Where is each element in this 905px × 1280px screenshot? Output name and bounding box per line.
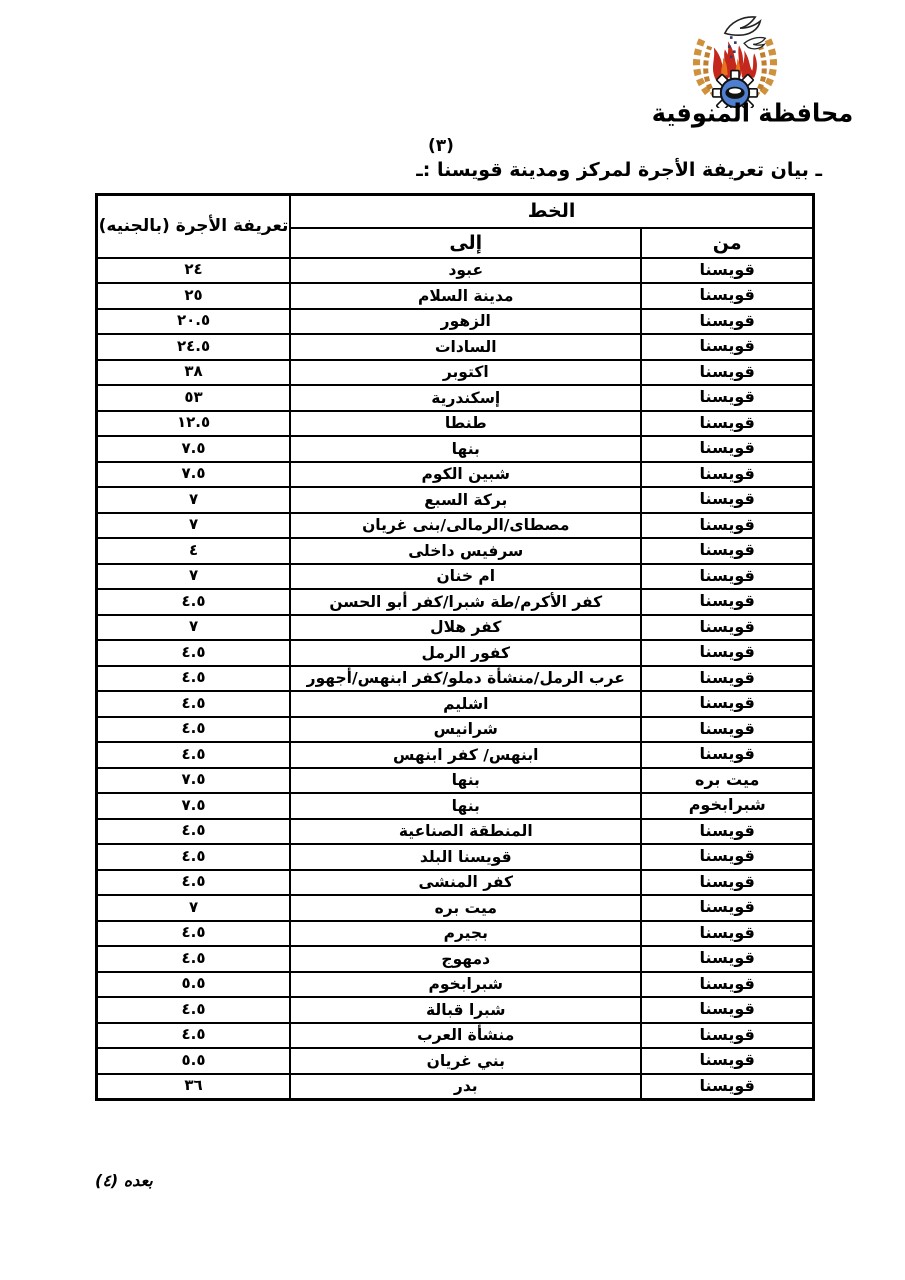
to-cell: كفر هلال bbox=[290, 615, 641, 641]
fare-cell: ٢٥ bbox=[97, 283, 291, 309]
fare-cell: ٥.٥ bbox=[97, 1048, 291, 1074]
from-cell: قويسنا bbox=[641, 1048, 813, 1074]
fare-table-body: قويسنا عبود ٢٤ قويسنا مدينة السلام ٢٥ قو… bbox=[97, 258, 814, 1100]
to-cell: بني غريان bbox=[290, 1048, 641, 1074]
from-cell: قويسنا bbox=[641, 309, 813, 335]
to-cell: ابنهس/ كفر ابنهس bbox=[290, 742, 641, 768]
from-cell: قويسنا bbox=[641, 385, 813, 411]
from-cell: قويسنا bbox=[641, 615, 813, 641]
fare-cell: ٧ bbox=[97, 564, 291, 590]
table-row: ميت بره بنها ٧.٥ bbox=[97, 768, 814, 794]
fare-cell: ٢٤ bbox=[97, 258, 291, 284]
table-row: قويسنا اكتوبر ٣٨ bbox=[97, 360, 814, 386]
dove-icon bbox=[725, 17, 765, 49]
to-cell: كفر الأكرم/طة شبرا/كفر أبو الحسن bbox=[290, 589, 641, 615]
from-cell: شبرابخوم bbox=[641, 793, 813, 819]
to-cell: ميت بره bbox=[290, 895, 641, 921]
table-row: قويسنا قويسنا البلد ٤.٥ bbox=[97, 844, 814, 870]
from-cell: قويسنا bbox=[641, 1023, 813, 1049]
to-cell: سرفيس داخلى bbox=[290, 538, 641, 564]
doc-title: ـ بيان تعريفة الأجرة لمركز ومدينة قويسنا… bbox=[416, 159, 822, 181]
page-number: (٣) bbox=[428, 136, 454, 156]
from-cell: قويسنا bbox=[641, 717, 813, 743]
from-cell: قويسنا bbox=[641, 283, 813, 309]
to-cell: شبرا قبالة bbox=[290, 997, 641, 1023]
table-row: قويسنا بجيرم ٤.٥ bbox=[97, 921, 814, 947]
fare-cell: ٤.٥ bbox=[97, 1023, 291, 1049]
fare-cell: ٤.٥ bbox=[97, 870, 291, 896]
to-cell: عرب الرمل/منشأة دملو/كفر ابنهس/أجهور bbox=[290, 666, 641, 692]
from-cell: قويسنا bbox=[641, 921, 813, 947]
to-cell: بنها bbox=[290, 768, 641, 794]
fare-table: الخط تعريفة الأجرة (بالجنيه) من إلى قويس… bbox=[95, 193, 815, 1101]
to-cell: بدر bbox=[290, 1074, 641, 1100]
to-cell: بجيرم bbox=[290, 921, 641, 947]
table-row: قويسنا بنها ٧.٥ bbox=[97, 436, 814, 462]
fare-cell: ٧ bbox=[97, 615, 291, 641]
to-cell: شرانيس bbox=[290, 717, 641, 743]
from-cell: قويسنا bbox=[641, 844, 813, 870]
fare-cell: ٧.٥ bbox=[97, 436, 291, 462]
fare-cell: ٥٣ bbox=[97, 385, 291, 411]
fare-cell: ٢٤.٥ bbox=[97, 334, 291, 360]
fare-cell: ٧.٥ bbox=[97, 462, 291, 488]
table-row: قويسنا كفر المنشى ٤.٥ bbox=[97, 870, 814, 896]
table-row: قويسنا شبرابخوم ٥.٥ bbox=[97, 972, 814, 998]
fare-cell: ٤ bbox=[97, 538, 291, 564]
fare-cell: ٤.٥ bbox=[97, 640, 291, 666]
from-cell: قويسنا bbox=[641, 819, 813, 845]
from-cell: قويسنا bbox=[641, 564, 813, 590]
fare-cell: ٤.٥ bbox=[97, 666, 291, 692]
fare-cell: ٧.٥ bbox=[97, 768, 291, 794]
table-row: قويسنا بركة السبع ٧ bbox=[97, 487, 814, 513]
line-column-header: الخط bbox=[290, 195, 813, 228]
fare-cell: ٣٦ bbox=[97, 1074, 291, 1100]
from-cell: قويسنا bbox=[641, 462, 813, 488]
table-row: قويسنا ام خنان ٧ bbox=[97, 564, 814, 590]
from-cell: قويسنا bbox=[641, 742, 813, 768]
to-cell: مدينة السلام bbox=[290, 283, 641, 309]
fare-column-header: تعريفة الأجرة (بالجنيه) bbox=[97, 195, 291, 258]
from-cell: قويسنا bbox=[641, 895, 813, 921]
table-row: قويسنا عرب الرمل/منشأة دملو/كفر ابنهس/أج… bbox=[97, 666, 814, 692]
to-cell: بنها bbox=[290, 793, 641, 819]
fare-table-header: الخط تعريفة الأجرة (بالجنيه) من إلى bbox=[97, 195, 814, 258]
fare-cell: ٧ bbox=[97, 895, 291, 921]
from-cell: قويسنا bbox=[641, 334, 813, 360]
fare-cell: ٣٨ bbox=[97, 360, 291, 386]
from-cell: قويسنا bbox=[641, 691, 813, 717]
to-cell: المنطقة الصناعية bbox=[290, 819, 641, 845]
to-cell: اشليم bbox=[290, 691, 641, 717]
from-column-header: من bbox=[641, 228, 813, 258]
to-cell: إسكندرية bbox=[290, 385, 641, 411]
from-cell: قويسنا bbox=[641, 513, 813, 539]
to-cell: شبرابخوم bbox=[290, 972, 641, 998]
from-cell: قويسنا bbox=[641, 1074, 813, 1100]
table-row: قويسنا شبرا قبالة ٤.٥ bbox=[97, 997, 814, 1023]
to-cell: ام خنان bbox=[290, 564, 641, 590]
fare-cell: ٧.٥ bbox=[97, 793, 291, 819]
to-cell: السادات bbox=[290, 334, 641, 360]
to-cell: كفر المنشى bbox=[290, 870, 641, 896]
table-row: قويسنا شرانيس ٤.٥ bbox=[97, 717, 814, 743]
fare-cell: ٤.٥ bbox=[97, 997, 291, 1023]
to-cell: اكتوبر bbox=[290, 360, 641, 386]
table-row: قويسنا كفر هلال ٧ bbox=[97, 615, 814, 641]
table-row: قويسنا الزهور ٢٠.٥ bbox=[97, 309, 814, 335]
fare-cell: ٤.٥ bbox=[97, 717, 291, 743]
to-cell: الزهور bbox=[290, 309, 641, 335]
fare-cell: ٤.٥ bbox=[97, 589, 291, 615]
from-cell: ميت بره bbox=[641, 768, 813, 794]
org-name: محافظة المنوفية bbox=[645, 98, 860, 127]
from-cell: قويسنا bbox=[641, 589, 813, 615]
table-row: قويسنا كفور الرمل ٤.٥ bbox=[97, 640, 814, 666]
from-cell: قويسنا bbox=[641, 870, 813, 896]
table-row: قويسنا ابنهس/ كفر ابنهس ٤.٥ bbox=[97, 742, 814, 768]
table-row: قويسنا دمهوج ٤.٥ bbox=[97, 946, 814, 972]
from-cell: قويسنا bbox=[641, 487, 813, 513]
fare-cell: ٥.٥ bbox=[97, 972, 291, 998]
table-row: قويسنا عبود ٢٤ bbox=[97, 258, 814, 284]
table-row: شبرابخوم بنها ٧.٥ bbox=[97, 793, 814, 819]
to-cell: بركة السبع bbox=[290, 487, 641, 513]
fare-cell: ٤.٥ bbox=[97, 742, 291, 768]
table-row: قويسنا مصطاى/الرمالى/بنى غريان ٧ bbox=[97, 513, 814, 539]
from-cell: قويسنا bbox=[641, 538, 813, 564]
fare-cell: ٧ bbox=[97, 513, 291, 539]
to-column-header: إلى bbox=[290, 228, 641, 258]
from-cell: قويسنا bbox=[641, 946, 813, 972]
table-row: قويسنا المنطقة الصناعية ٤.٥ bbox=[97, 819, 814, 845]
fare-cell: ١٢.٥ bbox=[97, 411, 291, 437]
next-page-note: بعده (٤) bbox=[95, 1171, 153, 1190]
table-row: قويسنا السادات ٢٤.٥ bbox=[97, 334, 814, 360]
to-cell: مصطاى/الرمالى/بنى غريان bbox=[290, 513, 641, 539]
governorate-emblem-logo bbox=[668, 12, 802, 108]
to-cell: بنها bbox=[290, 436, 641, 462]
table-row: قويسنا اشليم ٤.٥ bbox=[97, 691, 814, 717]
fare-cell: ٤.٥ bbox=[97, 946, 291, 972]
from-cell: قويسنا bbox=[641, 972, 813, 998]
to-cell: كفور الرمل bbox=[290, 640, 641, 666]
fare-cell: ٤.٥ bbox=[97, 819, 291, 845]
from-cell: قويسنا bbox=[641, 258, 813, 284]
fare-cell: ٧ bbox=[97, 487, 291, 513]
table-row: قويسنا سرفيس داخلى ٤ bbox=[97, 538, 814, 564]
from-cell: قويسنا bbox=[641, 997, 813, 1023]
to-cell: منشأة العرب bbox=[290, 1023, 641, 1049]
fare-cell: ٢٠.٥ bbox=[97, 309, 291, 335]
table-row: قويسنا إسكندرية ٥٣ bbox=[97, 385, 814, 411]
fare-cell: ٤.٥ bbox=[97, 844, 291, 870]
table-row: قويسنا مدينة السلام ٢٥ bbox=[97, 283, 814, 309]
to-cell: دمهوج bbox=[290, 946, 641, 972]
to-cell: طنطا bbox=[290, 411, 641, 437]
table-row: قويسنا بدر ٣٦ bbox=[97, 1074, 814, 1100]
document-page: محافظة المنوفية (٣) ـ بيان تعريفة الأجرة… bbox=[0, 0, 905, 1280]
table-row: قويسنا شبين الكوم ٧.٥ bbox=[97, 462, 814, 488]
from-cell: قويسنا bbox=[641, 666, 813, 692]
fare-cell: ٤.٥ bbox=[97, 691, 291, 717]
table-row: قويسنا طنطا ١٢.٥ bbox=[97, 411, 814, 437]
to-cell: عبود bbox=[290, 258, 641, 284]
from-cell: قويسنا bbox=[641, 436, 813, 462]
to-cell: شبين الكوم bbox=[290, 462, 641, 488]
to-cell: قويسنا البلد bbox=[290, 844, 641, 870]
fare-cell: ٤.٥ bbox=[97, 921, 291, 947]
from-cell: قويسنا bbox=[641, 411, 813, 437]
table-row: قويسنا منشأة العرب ٤.٥ bbox=[97, 1023, 814, 1049]
table-row: قويسنا ميت بره ٧ bbox=[97, 895, 814, 921]
table-row: قويسنا بني غريان ٥.٥ bbox=[97, 1048, 814, 1074]
from-cell: قويسنا bbox=[641, 360, 813, 386]
from-cell: قويسنا bbox=[641, 640, 813, 666]
table-row: قويسنا كفر الأكرم/طة شبرا/كفر أبو الحسن … bbox=[97, 589, 814, 615]
